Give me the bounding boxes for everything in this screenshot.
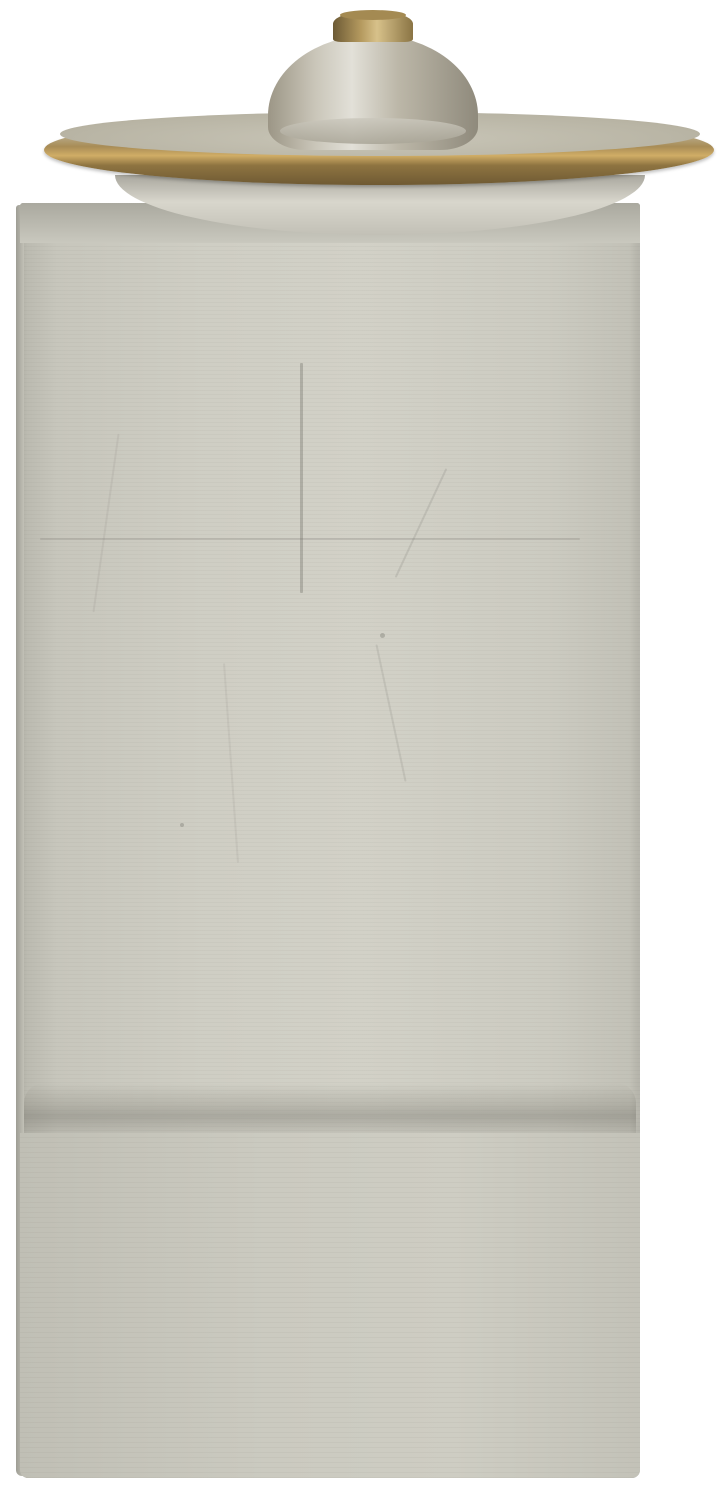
scratch-mark: [380, 633, 385, 638]
scratch-mark: [375, 644, 406, 781]
scratch-mark: [40, 538, 580, 540]
scratch-mark: [223, 663, 239, 863]
dome-base-ring: [280, 118, 466, 144]
aluminum-valve-body: [20, 203, 640, 1478]
scratch-mark: [300, 363, 303, 593]
scratch-mark: [395, 468, 448, 578]
product-photo: [0, 0, 728, 1500]
scratch-mark: [180, 823, 184, 827]
scratch-mark: [92, 434, 119, 613]
brass-nipple-top: [340, 10, 406, 20]
block-lower-section: [20, 1133, 640, 1478]
